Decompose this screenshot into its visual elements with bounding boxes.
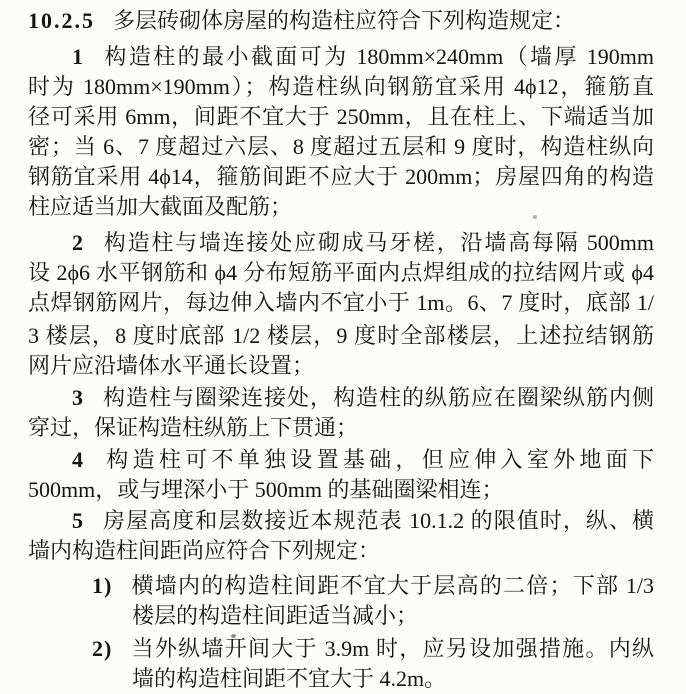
text-line: 5房屋高度和层数接近本规范表 10.1.2 的限值时，纵、横 <box>28 506 654 536</box>
text-line: 时为 180mm×190mm）；构造柱纵向钢筋宜采用 4ϕ12，箍筋直 <box>28 72 654 102</box>
text-line: 密；当 6、7 度超过六层、8 度超过五层和 9 度时，构造柱纵向 <box>28 132 654 162</box>
line-text: 横墙内的构造柱间距不宜大于层高的二倍；下部 1/3 <box>130 573 654 598</box>
section-title: 多层砖砌体房屋的构造柱应符合下列构造规定： <box>113 8 575 33</box>
text-line: 4构造柱可不单独设置基础，但应伸入室外地面下 <box>28 445 654 475</box>
text-line: 2构造柱与墙连接处应砌成马牙槎，沿墙高每隔 500mm <box>28 228 654 258</box>
text-line: 1)横墙内的构造柱间距不宜大于层高的二倍；下部 1/3 <box>92 571 654 601</box>
line-text: 墙内构造柱间距尚应符合下列规定： <box>28 538 380 563</box>
item-number: 4 <box>72 447 84 472</box>
line-text: 穿过，保证构造柱纵筋上下贯通； <box>28 415 358 440</box>
item-number: 5 <box>72 508 84 533</box>
line-text: 楼层的构造柱间距适当减小； <box>132 603 418 628</box>
line-text: 点焊钢筋网片，每边伸入墙内不宜小于 1m。6、7 度时，底部 1/ <box>28 290 654 315</box>
text-line: 网片应沿墙体水平通长设置； <box>28 351 654 381</box>
text-line: 穿过，保证构造柱纵筋上下贯通； <box>28 413 654 443</box>
item-number: 2 <box>72 230 84 255</box>
text-line: 楼层的构造柱间距适当减小； <box>132 601 654 631</box>
text-line: 2)当外纵墙开间大于 3.9m 时，应另设加强措施。内纵 <box>92 634 654 664</box>
line-text: 当外纵墙开间大于 3.9m 时，应另设加强措施。内纵 <box>130 636 654 661</box>
text-line: 3 楼层，8 度时底部 1/2 楼层，9 度时全部楼层，上述拉结钢筋 <box>28 321 654 351</box>
line-text: 房屋高度和层数接近本规范表 10.1.2 的限值时，纵、横 <box>102 508 654 533</box>
document-page: 10.2.5多层砖砌体房屋的构造柱应符合下列构造规定： 1构造柱的最小截面可为 … <box>0 0 686 694</box>
line-text: 时为 180mm×190mm）；构造柱纵向钢筋宜采用 4ϕ12，箍筋直 <box>28 74 654 99</box>
line-text: 3 楼层，8 度时底部 1/2 楼层，9 度时全部楼层，上述拉结钢筋 <box>28 323 654 348</box>
line-text: 径可采用 6mm，间距不宜大于 250mm，且在柱上、下端适当加 <box>28 104 654 129</box>
text-line: 径可采用 6mm，间距不宜大于 250mm，且在柱上、下端适当加 <box>28 102 654 132</box>
item-number: 3 <box>72 385 84 410</box>
scan-artifact-dot <box>231 634 236 638</box>
line-text: 钢筋宜采用 4ϕ14，箍筋间距不应大于 200mm；房屋四角的构造 <box>28 164 654 189</box>
line-text: 柱应适当加大截面及配筋； <box>28 194 292 219</box>
section-heading: 10.2.5多层砖砌体房屋的构造柱应符合下列构造规定： <box>28 6 654 36</box>
line-text: 构造柱可不单独设置基础，但应伸入室外地面下 <box>102 447 654 472</box>
text-line: 钢筋宜采用 4ϕ14，箍筋间距不应大于 200mm；房屋四角的构造 <box>28 162 654 192</box>
text-line: 墙内构造柱间距尚应符合下列规定： <box>28 536 654 566</box>
text-line: 1构造柱的最小截面可为 180mm×240mm（墙厚 190mm <box>28 42 654 72</box>
scan-artifact-dot <box>533 215 537 219</box>
section-number: 10.2.5 <box>28 8 95 33</box>
line-text: 网片应沿墙体水平通长设置； <box>28 353 314 378</box>
text-line: 柱应适当加大截面及配筋； <box>28 192 654 222</box>
line-text: 构造柱与圈梁连接处，构造柱的纵筋应在圈梁纵筋内侧 <box>102 385 654 410</box>
line-text: 设 2ϕ6 水平钢筋和 ϕ4 分布短筋平面内点焊组成的拉结网片或 ϕ4 <box>28 260 654 285</box>
item-number: 1 <box>72 44 84 69</box>
text-line: 墙的构造柱间距不宜大于 4.2m。 <box>132 664 654 694</box>
line-text: 密；当 6、7 度超过六层、8 度超过五层和 9 度时，构造柱纵向 <box>28 134 654 159</box>
sub-item-number: 1) <box>92 573 112 598</box>
line-text: 500mm，或与埋深小于 500mm 的基础圈梁相连； <box>28 477 503 502</box>
text-line: 500mm，或与埋深小于 500mm 的基础圈梁相连； <box>28 475 654 505</box>
line-text: 构造柱与墙连接处应砌成马牙槎，沿墙高每隔 500mm <box>102 230 654 255</box>
text-line: 点焊钢筋网片，每边伸入墙内不宜小于 1m。6、7 度时，底部 1/ <box>28 288 654 318</box>
sub-item-number: 2) <box>92 636 112 661</box>
line-text: 构造柱的最小截面可为 180mm×240mm（墙厚 190mm <box>102 44 654 69</box>
line-text: 墙的构造柱间距不宜大于 4.2m。 <box>132 666 446 691</box>
text-line: 3构造柱与圈梁连接处，构造柱的纵筋应在圈梁纵筋内侧 <box>28 383 654 413</box>
text-line: 设 2ϕ6 水平钢筋和 ϕ4 分布短筋平面内点焊组成的拉结网片或 ϕ4 <box>28 258 654 288</box>
